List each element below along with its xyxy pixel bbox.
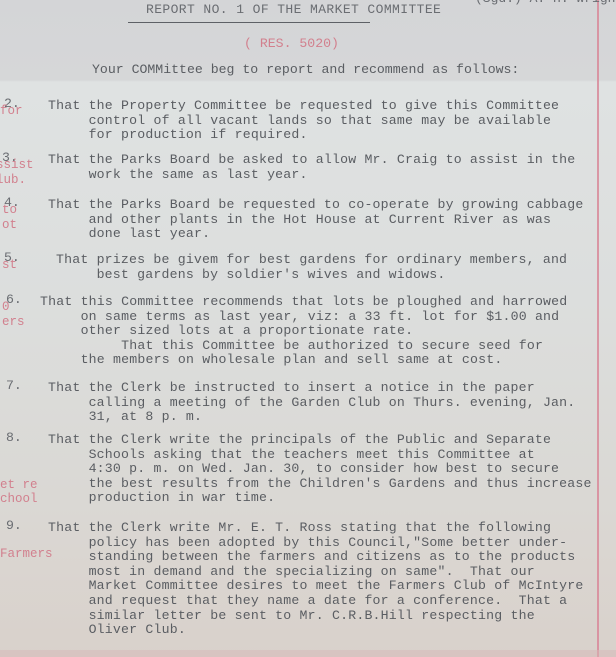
item-text-line: for production if required. bbox=[48, 127, 308, 142]
item-text-line: That this Committee be authorized to sec… bbox=[40, 338, 543, 353]
margin-rule bbox=[597, 0, 599, 657]
item-text-line: done last year. bbox=[48, 226, 210, 241]
item-text-line: production in war time. bbox=[48, 490, 275, 505]
item-number: 8. bbox=[6, 430, 22, 445]
item-text-line: calling a meeting of the Garden Club on … bbox=[48, 395, 575, 410]
item-text-line: That the Clerk be instructed to insert a… bbox=[48, 380, 535, 395]
item-text-line: control of all vacant lands so that same… bbox=[48, 113, 551, 128]
item-text-line: and other plants in the Hot House at Cur… bbox=[48, 212, 551, 227]
margin-note: 0 bbox=[2, 300, 10, 314]
item-text-line: 4:30 p. m. on Wed. Jan. 30, to consider … bbox=[48, 461, 559, 476]
item-text-line: other sized lots at a proportionate rate… bbox=[40, 323, 413, 338]
margin-note: st bbox=[2, 258, 17, 272]
report-intro: Your COMMittee beg to report and recomme… bbox=[92, 62, 519, 77]
item-text-line: That this Committee recommends that lots… bbox=[40, 294, 567, 309]
margin-note: ssist bbox=[0, 158, 34, 172]
margin-note: et re bbox=[0, 478, 38, 492]
item-text-line: on same terms as last year, viz: a 33 ft… bbox=[40, 309, 559, 324]
item-text-line: best gardens by soldier's wives and wido… bbox=[56, 267, 445, 282]
item-text-line: the members on wholesale plan and sell s… bbox=[40, 352, 503, 367]
item-text-line: That the Parks Board be requested to co-… bbox=[48, 197, 584, 212]
margin-note: ot bbox=[2, 218, 17, 232]
margin-note: for bbox=[0, 104, 23, 118]
item-text-line: Schools asking that the teachers meet th… bbox=[48, 447, 535, 462]
margin-note: ers bbox=[2, 315, 25, 329]
typed-report-page: (Sgd.) A. H. Wright, Chairman. REPORT NO… bbox=[0, 0, 616, 657]
item-text-line: That the Property Committee be requested… bbox=[48, 98, 559, 113]
item-text-line: policy has been adopted by this Council,… bbox=[48, 535, 567, 550]
resolution-reference: ( RES. 5020) bbox=[244, 36, 339, 51]
item-text-line: That prizes be givem for best gardens fo… bbox=[56, 252, 567, 267]
item-text-line: and request that they name a date for a … bbox=[48, 593, 567, 608]
item-text-line: That the Clerk write the principals of t… bbox=[48, 432, 551, 447]
margin-note: lub. bbox=[0, 173, 26, 187]
item-number: 9. bbox=[6, 518, 22, 533]
item-text-line: the best results from the Children's Gar… bbox=[48, 476, 592, 491]
item-text-line: Market Committee desires to meet the Far… bbox=[48, 578, 584, 593]
item-text-line: similar letter be sent to Mr. C.R.B.Hill… bbox=[48, 608, 535, 623]
item-text-line: 31, at 8 p. m. bbox=[48, 409, 202, 424]
item-text-line: That the Parks Board be asked to allow M… bbox=[48, 152, 575, 167]
margin-note: Farmers bbox=[0, 547, 53, 561]
item-text-line: standing between the farmers and citizen… bbox=[48, 549, 575, 564]
item-number: 7. bbox=[6, 378, 22, 393]
item-text-line: work the same as last year. bbox=[48, 167, 308, 182]
margin-note: chool bbox=[0, 492, 38, 506]
item-text-line: That the Clerk write Mr. E. T. Ross stat… bbox=[48, 520, 551, 535]
page-bottom-edge bbox=[0, 650, 616, 657]
chairman-signature-fragment: (Sgd.) A. H. Wright, Chairman. bbox=[475, 0, 616, 6]
item-text-line: most in demand and the specializing on s… bbox=[48, 564, 535, 579]
title-underline bbox=[128, 22, 370, 23]
item-text-line: Oliver Club. bbox=[48, 622, 186, 637]
margin-note: to bbox=[2, 203, 17, 217]
report-title: REPORT NO. 1 OF THE MARKET COMMITTEE bbox=[146, 2, 441, 17]
